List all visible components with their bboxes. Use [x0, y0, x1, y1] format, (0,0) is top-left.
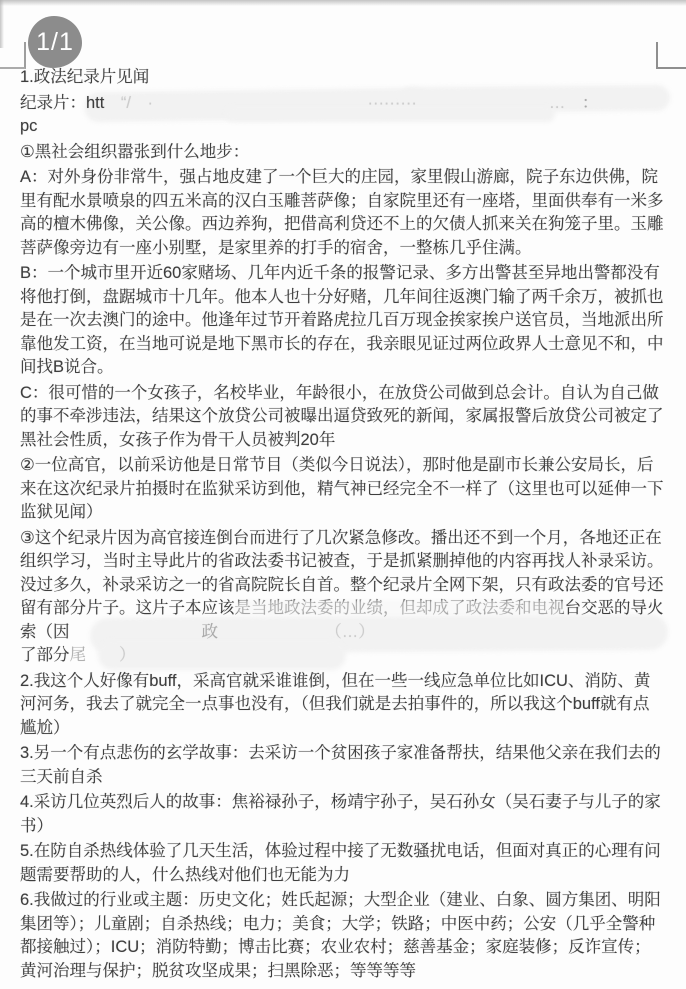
para-section3-sad-story: 3.另一个有点悲伤的玄学故事：去采访一个贫困孩子家准备帮扶，结果他父亲在我们去的… — [20, 742, 672, 789]
text-segment: 黑社会性质，女孩子作为骨干人员被判20年 — [20, 431, 335, 449]
text-line: 5.在防自杀热线体验了几天生活，体验过程中接了无数骚扰电话，但面对真正的心理有问 — [20, 840, 672, 864]
text-line: 是在一次去澳门的途中。他逢年过节开着路虎拉几百万现金挨家挨户送官员，当地派出所 — [20, 309, 672, 333]
photo-top-edge-shadow — [0, 0, 686, 6]
text-segment: 2.我这个人好像有buff，采高官就采谁谁倒，但在一些一线应急单位比如ICU、消… — [20, 672, 650, 690]
para-doc-link: 纪录片：htt “/ · ········· … ：pc — [20, 92, 672, 139]
text-segment: 集团等）；儿童剧；自杀热线；电力；美食；大学；铁路；中医中药；公安（几乎全警种 — [20, 915, 655, 933]
text-segment: B：一个城市里开近60家赌场、几年内近千条的报警记录、多方出警甚至异地出警都没有 — [20, 264, 660, 282]
para-case-c: C：很可惜的一个女孩子，名校毕业，年龄很小，在放贷公司做到总会计。自认为自己做的… — [20, 382, 672, 453]
text-segment: C：很可惜的一个女孩子，名校毕业，年龄很小，在放贷公司做到总会计。自认为自己做 — [20, 384, 659, 402]
text-line: 尴尬） — [20, 717, 672, 741]
text-line: pc — [20, 115, 672, 139]
text-segment — [104, 94, 121, 112]
page-corner-mark-right — [656, 42, 686, 69]
text-segment — [70, 623, 202, 641]
text-line: 里有配水景喷泉的四五米高的汉白玉雕菩萨像；自家院里还有一座塔，里面供奉有一米多 — [20, 190, 672, 214]
text-line: 监狱见闻） — [20, 501, 672, 525]
text-line: ③这个纪录片因为高官接连倒台而进行了几次紧急修改。播出还不到一个月，各地还正在 — [20, 527, 672, 551]
para-case-b: B：一个城市里开近60家赌场、几年内近千条的报警记录、多方出警甚至异地出警都没有… — [20, 262, 672, 380]
erased-trace-text: 尾 — [70, 646, 87, 664]
text-segment: pc — [20, 117, 37, 135]
para-section6-industries: 6.我做过的行业或主题：历史文化；姓氏起源；大型企业（建业、白象、圆方集团、明阳… — [20, 889, 672, 983]
text-segment: 3.另一个有点悲伤的玄学故事：去采访一个贫困孩子家准备帮扶，结果他父亲在我们去的 — [20, 744, 661, 762]
text-segment — [565, 94, 582, 112]
erased-trace-text: ········· — [367, 94, 416, 112]
text-line: 黄河治理与保护；脱贫攻坚成果；扫黑除恶；等等等等 — [20, 960, 672, 984]
erased-trace-text: ： — [582, 94, 599, 112]
text-segment: 组织学习，当时主导此片的省政法委书记被查，于是抓紧删掉他的内容再找人补录采访。 — [20, 552, 664, 570]
page-indicator-label: 1/1 — [36, 28, 74, 57]
text-line: 的事不牵涉违法，结果这个放贷公司被曝出逼贷致死的新闻，家属报警后放贷公司被定了 — [20, 405, 672, 429]
para-section2-buff: 2.我这个人好像有buff，采高官就采谁谁倒，但在一些一线应急单位比如ICU、消… — [20, 670, 672, 741]
text-segment: 1.政法纪录片见闻 — [20, 68, 149, 86]
text-line: A：对外身份非常牛，强占地皮建了一个巨大的庄园，家里假山游廊，院子东边供佛，院 — [20, 166, 672, 190]
para-section4-descendants: 4.采访几位英烈后人的故事：焦裕禄孙子，杨靖宇孙子，吴石孙女（吴石妻子与儿子的家… — [20, 791, 672, 838]
para-section5-hotline: 5.在防自杀热线体验了几天生活，体验过程中接了无数骚扰电话，但面对真正的心理有问… — [20, 840, 672, 887]
text-line: 2.我这个人好像有buff，采高官就采谁谁倒，但在一些一线应急单位比如ICU、消… — [20, 670, 672, 694]
text-line: 集团等）；儿童剧；自杀热线；电力；美食；大学；铁路；中医中药；公安（几乎全警种 — [20, 913, 672, 937]
document-body: 1.政法纪录片见闻纪录片：htt “/ · ········· … ：pc①黑社… — [20, 66, 672, 985]
text-line: 将他打倒，盘踞城市十几年。他本人也十分好赌，几年间往返澳门输了两千余万，被抓也 — [20, 286, 672, 310]
page-indicator-badge: 1/1 — [28, 16, 82, 68]
text-line: 间找B说合。 — [20, 356, 672, 380]
para-case-a: A：对外身份非常牛，强占地皮建了一个巨大的庄园，家里假山游廊，院子东边供佛，院里… — [20, 166, 672, 260]
text-segment: 是在一次去澳门的途中。他逢年过节开着路虎拉几百万现金挨家挨户送官员，当地派出所 — [20, 311, 664, 329]
text-line: 4.采访几位英烈后人的故事：焦裕禄孙子，杨靖宇孙子，吴石孙女（吴石妻子与儿子的家 — [20, 791, 672, 815]
text-segment: 将他打倒，盘踞城市十几年。他本人也十分好赌，几年间往返澳门输了两千余万，被抓也 — [20, 288, 664, 306]
erased-trace-text: … — [549, 94, 566, 112]
erased-trace-text: · — [147, 94, 153, 112]
whiteout-smudge-overlap — [235, 600, 565, 616]
document-page: 1/1 1.政法纪录片见闻纪录片：htt “/ · ········· … ：p… — [0, 0, 686, 989]
text-segment: 黄河治理与保护；脱贫攻坚成果；扫黑除恶；等等等等 — [20, 962, 416, 980]
text-line: 高的檀木佛像，关公像。西边养狗，把借高利贷还不上的欠债人抓来关在狗笼子里。玉雕 — [20, 213, 672, 237]
text-line: B：一个城市里开近60家赌场、几年内近千条的报警记录、多方出警甚至异地出警都没有 — [20, 262, 672, 286]
text-segment: ③这个纪录片因为高官接连倒台而进行了几次紧急修改。播出还不到一个月，各地还正在 — [20, 529, 662, 547]
text-line: 索（因 政 （…） — [20, 621, 672, 645]
text-segment: 了部分 — [20, 646, 70, 664]
text-segment: 都接触过）；ICU；消防特勤；博击比赛；农业农村；慈善基金；家庭装修；反诈宣传； — [20, 938, 651, 956]
text-segment: 纪录片：htt — [20, 94, 104, 112]
text-segment: 没过多久，补录采访之一的省高院院长自首。整个纪录片全网下架，只有政法委的官号还 — [20, 576, 664, 594]
text-line: 来在这次纪录片拍摄时在监狱采访到他，精气神已经完全不一样了（这里也可以延伸一下 — [20, 478, 672, 502]
text-line: 6.我做过的行业或主题：历史文化；姓氏起源；大型企业（建业、白象、圆方集团、明阳 — [20, 889, 672, 913]
erased-trace-text: 政 — [202, 623, 219, 641]
text-segment: 高的檀木佛像，关公像。西边养狗，把借高利贷还不上的欠债人抓来关在狗笼子里。玉雕 — [20, 215, 664, 233]
text-line: 组织学习，当时主导此片的省政法委书记被查，于是抓紧删掉他的内容再找人补录采访。 — [20, 550, 672, 574]
text-line: 靠他发工资，在当地可说是地下黑市长的存在，我亲眼见证过两位政界人士意见不和，中 — [20, 333, 672, 357]
text-segment: ②一位高官，以前采访他是日常节目（类似今日说法），那时他是副市长兼公安局长，后 — [20, 456, 654, 474]
text-segment: 4.采访几位英烈后人的故事：焦裕禄孙子，杨靖宇孙子，吴石孙女（吴石妻子与儿子的家 — [20, 793, 661, 811]
erased-trace-text: ） — [119, 646, 136, 664]
text-segment — [218, 623, 334, 641]
text-line: ②一位高官，以前采访他是日常节目（类似今日说法），那时他是副市长兼公安局长，后 — [20, 454, 672, 478]
text-segment: 河河务，我去了就完全一点事也没有，（但我们就是去拍事件的，所以我这个buff就有… — [20, 695, 649, 713]
text-line: 河河务，我去了就完全一点事也没有，（但我们就是去拍事件的，所以我这个buff就有… — [20, 693, 672, 717]
text-segment: 三天前自杀 — [20, 768, 103, 786]
erased-trace-text: （…） — [334, 623, 375, 641]
text-segment: 尴尬） — [20, 719, 70, 737]
text-segment: 6.我做过的行业或主题：历史文化；姓氏起源；大型企业（建业、白象、圆方集团、明阳 — [20, 891, 661, 909]
text-segment: 监狱见闻） — [20, 503, 103, 521]
text-line: 题需要帮助的人，什么热线对他们也无能为力 — [20, 864, 672, 888]
text-line: 都接触过）；ICU；消防特勤；博击比赛；农业农村；慈善基金；家庭装修；反诈宣传； — [20, 936, 672, 960]
text-segment: 来在这次纪录片拍摄时在监狱采访到他，精气神已经完全不一样了（这里也可以延伸一下 — [20, 480, 664, 498]
para-section1-title: 1.政法纪录片见闻 — [20, 66, 672, 90]
text-line: 书） — [20, 815, 672, 839]
text-line: 3.另一个有点悲伤的玄学故事：去采访一个贫困孩子家准备帮扶，结果他父亲在我们去的 — [20, 742, 672, 766]
text-line: ①黑社会组织嚣张到什么地步： — [20, 141, 672, 165]
text-segment: 间找B说合。 — [20, 358, 114, 376]
text-line: C：很可惜的一个女孩子，名校毕业，年龄很小，在放贷公司做到总会计。自认为自己做 — [20, 382, 672, 406]
text-line: 三天前自杀 — [20, 766, 672, 790]
text-segment — [86, 646, 119, 664]
text-segment: 题需要帮助的人，什么热线对他们也无能为力 — [20, 866, 350, 884]
text-line: 黑社会性质，女孩子作为骨干人员被判20年 — [20, 429, 672, 453]
text-segment: ①黑社会组织嚣张到什么地步： — [20, 143, 249, 161]
text-segment: 书） — [20, 817, 53, 835]
para-item2-official: ②一位高官，以前采访他是日常节目（类似今日说法），那时他是副市长兼公安局长，后来… — [20, 454, 672, 525]
text-segment: 5.在防自杀热线体验了几天生活，体验过程中接了无数骚扰电话，但面对真正的心理有问 — [20, 842, 661, 860]
text-line: 没过多久，补录采访之一的省高院院长自首。整个纪录片全网下架，只有政法委的官号还 — [20, 574, 672, 598]
text-segment: 的事不牵涉违法，结果这个放贷公司被曝出逼贷致死的新闻，家属报警后放贷公司被定了 — [20, 407, 664, 425]
text-line: 1.政法纪录片见闻 — [20, 66, 672, 90]
text-segment: A：对外身份非常牛，强占地皮建了一个巨大的庄园，家里假山游廊，院子东边供佛，院 — [20, 168, 658, 186]
text-segment — [131, 94, 148, 112]
text-segment: 里有配水景喷泉的四五米高的汉白玉雕菩萨像；自家院里还有一座塔，里面供奉有一米多 — [20, 192, 664, 210]
text-segment: 靠他发工资，在当地可说是地下黑市长的存在，我亲眼见证过两位政界人士意见不和，中 — [20, 335, 664, 353]
para-item1-heading: ①黑社会组织嚣张到什么地步： — [20, 141, 672, 165]
text-segment — [417, 94, 549, 112]
text-line: 纪录片：htt “/ · ········· … ： — [20, 92, 672, 116]
text-line: 菩萨像旁边有一座小别墅，是家里养的打手的宿舍，一整栋几乎住满。 — [20, 237, 672, 261]
text-segment — [153, 94, 368, 112]
photo-left-edge-shadow — [0, 0, 4, 48]
text-segment: 索（因 — [20, 623, 70, 641]
erased-trace-text: “/ — [121, 94, 131, 112]
text-line: 了部分尾 ） — [20, 644, 672, 668]
text-segment: 菩萨像旁边有一座小别墅，是家里养的打手的宿舍，一整栋几乎住满。 — [20, 239, 532, 257]
para-item3-revisions: ③这个纪录片因为高官接连倒台而进行了几次紧急修改。播出还不到一个月，各地还正在组… — [20, 527, 672, 668]
